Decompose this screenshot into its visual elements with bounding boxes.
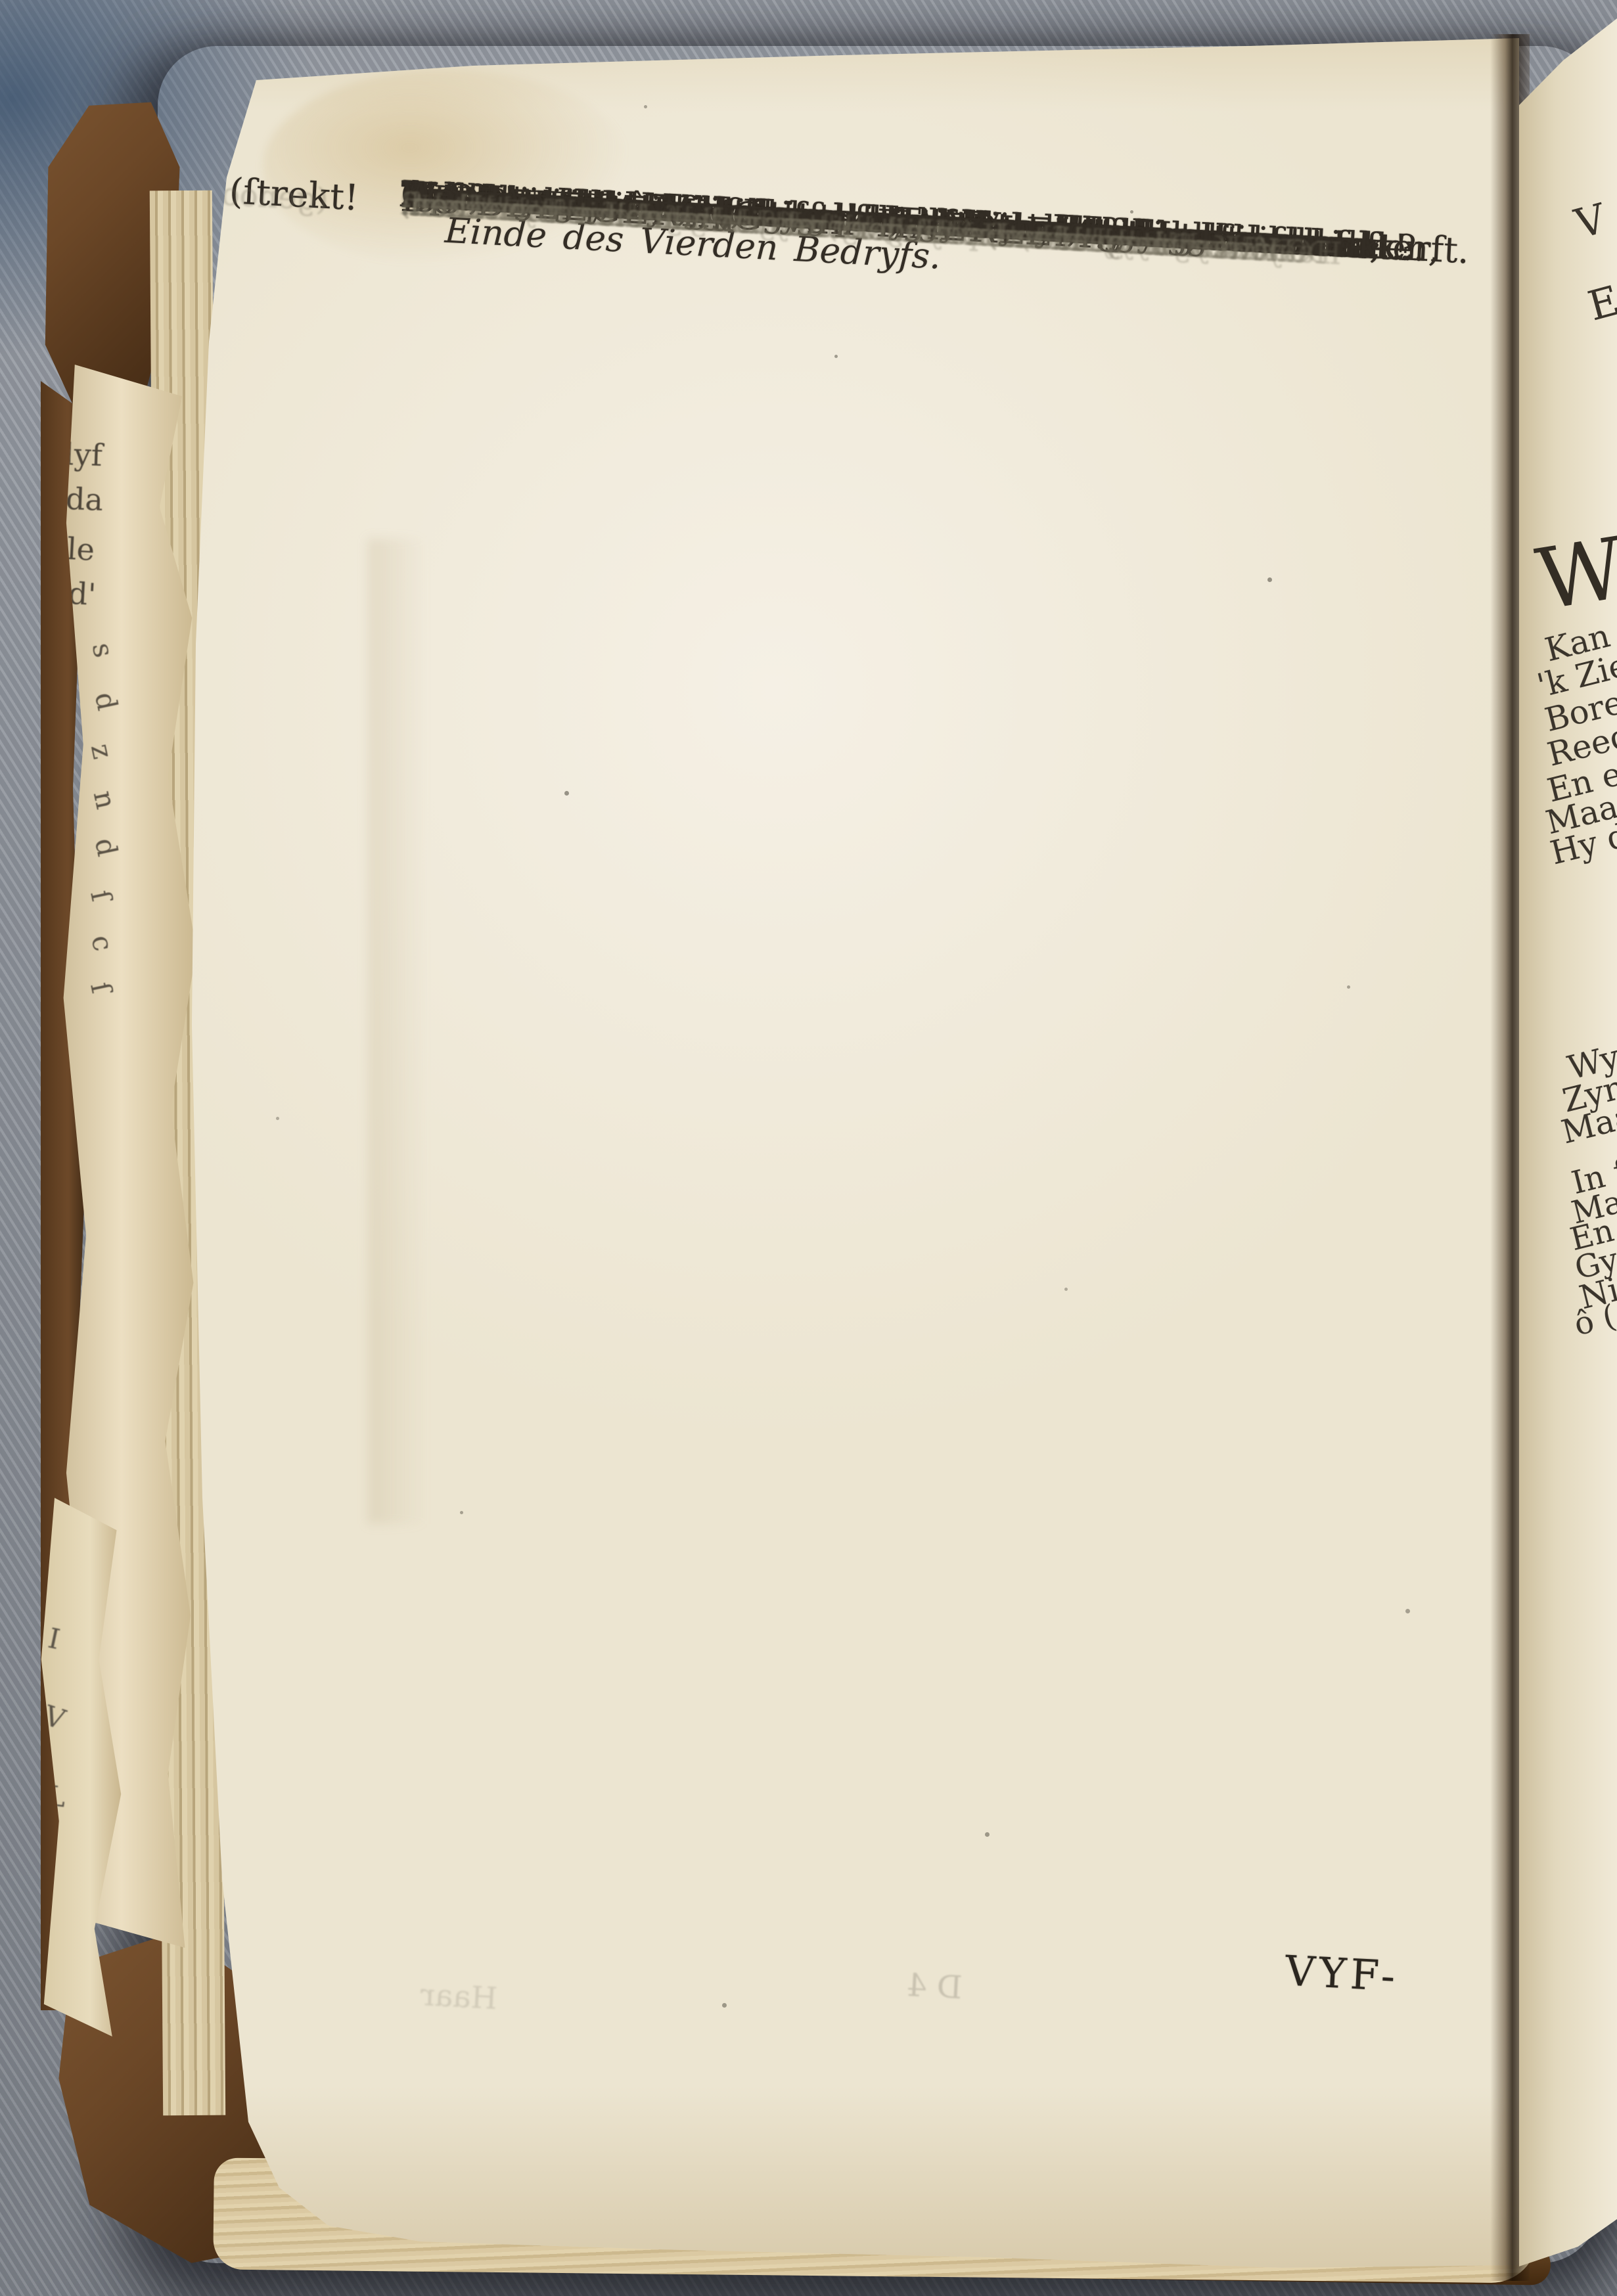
catchword: VYF- <box>1284 1947 1400 2001</box>
fragment-letter: z <box>85 741 120 762</box>
photographed-book-page: lyf da le d' s d z n d ſ c ſ I V L ) 56D… <box>0 0 1617 2296</box>
fragment-letter: ſ <box>84 979 118 996</box>
fragment-text: le <box>66 531 96 568</box>
fragment-letter: d <box>89 835 124 859</box>
printed-text: 56De BELEGERING van HAERLEM. Maar wat he… <box>402 169 1511 229</box>
signature-mark: D 4 <box>906 1967 963 2006</box>
fragment-letter: s <box>86 640 120 660</box>
fragment-letter: c <box>85 932 120 954</box>
fragment-letter: d <box>89 689 124 713</box>
fragment-letter: I <box>45 1622 62 1655</box>
right-fragment: ô ( <box>1570 1297 1617 1343</box>
right-fragment: V <box>1570 194 1610 248</box>
right-page-sliver: V E W Kan he 'k Zie ( Boreel Reeds En ee… <box>1519 0 1617 2296</box>
fragment-letter: ſ <box>84 888 118 904</box>
bleed-catchword: Haar <box>420 1977 499 2016</box>
right-drop-cap: W <box>1530 520 1617 630</box>
left-page: 56De BELEGERING van HAERLEM. Maar wat he… <box>0 0 1617 2296</box>
right-fragment: E <box>1583 276 1617 330</box>
fragment-letter: n <box>87 788 123 812</box>
page-shading <box>368 539 427 1524</box>
fragment-text: da <box>65 481 104 518</box>
